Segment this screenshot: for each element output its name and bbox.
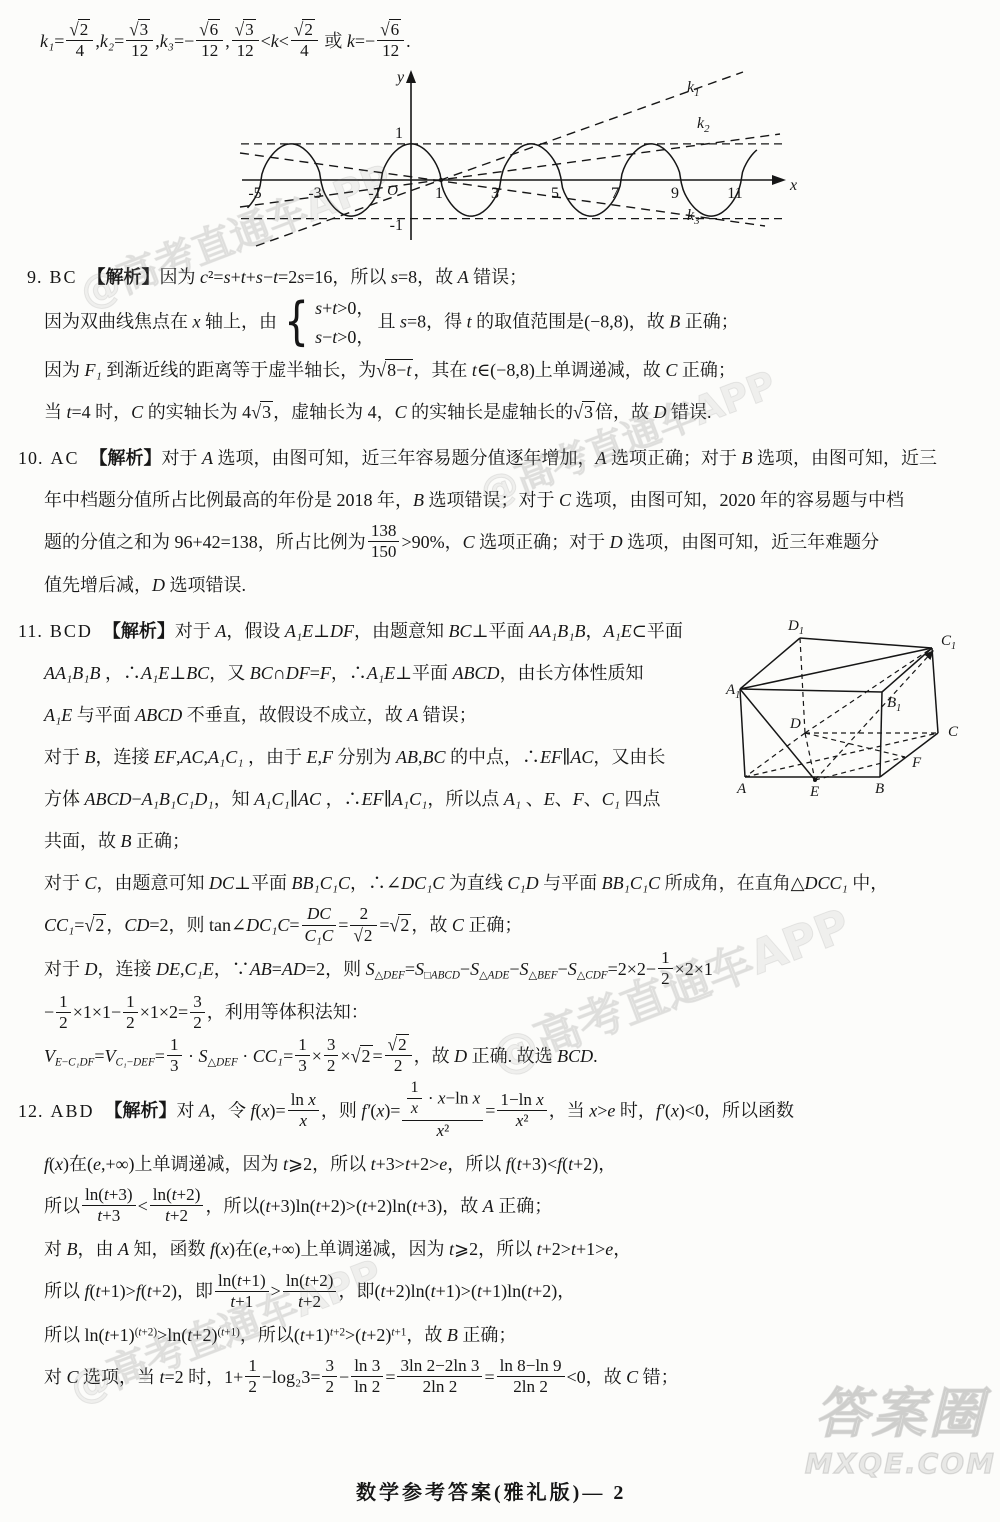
solution-line: 因为双曲线焦点在 x 轴上，由{s+t>0，s−t>0，且 s=8，得 t 的取… [44,298,972,349]
svg-text:k1: k1 [687,79,700,99]
solution-line: 对于 B，连接 EF,AC,A₁C₁ ，由于 E,F 分别为 AB,BC 的中点… [44,736,724,778]
solution-line: VE−C₁DF=VC₁−DEF=13 · S△DEF · CC₁=13×32×√… [44,1035,972,1079]
exam-answer-page: k₁=√24,k₂=√312,k₃=−√612,√312<k<√24 或 k=−… [0,0,1000,1522]
solution-line: 方体 ABCD−A₁B₁C₁D₁，知 A₁C₁∥AC ，∴EF∥A₁C₁，所以点… [44,778,724,820]
cuboid-svg: A1D1C1B1DCFAEB [724,612,972,808]
answer-item: 12.ABD【解析】对 A，令 f(x)=ln xx，则 f′(x)=1x · … [14,1082,972,1399]
solution-line: AA₁B₁B ，∴A₁E⊥BC，又 BC∩DF=F，∴A₁E⊥平面 ABCD，由… [44,652,724,694]
answer-letters: BCD [50,610,93,652]
page-footer: 数学参考答案(雅礼版)— 2 [356,1476,626,1505]
solution-line: 所以ln(t+3)t+3<ln(t+2)t+2，所以(t+3)ln(t+2)>(… [44,1185,972,1229]
solution-line: 因为 F₁ 到渐近线的距离等于虚半轴长，为√8−t，其在 t∈(−8,8)上单调… [44,349,972,391]
question-number: 9. [27,256,43,298]
svg-text:x: x [789,177,797,194]
solution-line: 对于 D，连接 DE,C₁E，∵AB=AD=2，则 S△DEF=S□ABCD−S… [44,948,972,992]
svg-text:A1: A1 [725,682,740,701]
svg-text:D1: D1 [787,618,804,637]
trig-graph-figure: xyO1-1-5-3-11357911k1k2k3 [238,68,803,248]
answer-letters: ABD [51,1090,95,1132]
answer-item: 10.AC【解析】对于 A 选项，由图可知，近三年容易题分值逐年增加，A 选项正… [14,437,972,607]
svg-text:k2: k2 [697,115,710,135]
svg-text:-3: -3 [308,185,321,202]
sine-graph-svg: xyO1-1-5-3-11357911k1k2k3 [238,68,803,248]
solution-line: 共面，故 B 正确； [44,820,724,862]
solution-line: 所以 f(t+1)>f(t+2)，即ln(t+1)t+1>ln(t+2)t+2，… [44,1270,972,1314]
svg-text:E: E [809,784,819,800]
svg-text:C1: C1 [941,633,956,652]
solution-line: 9.BC【解析】因为 c²=s+t+s−t=2s=16，所以 s=8，故 A 错… [44,256,972,298]
question-number: 10. [18,437,44,479]
cuboid-figure: A1D1C1B1DCFAEB [724,610,972,808]
answer-letters: BC [50,256,78,298]
slope-summary-formula: k₁=√24,k₂=√312,k₃=−√612,√312<k<√24 或 k=−… [14,20,972,64]
svg-text:C: C [948,724,959,740]
solution-line: 对 B，由 A 知，函数 f(x)在(e,+∞)上单调递减，因为 t⩾2，所以 … [44,1228,972,1270]
svg-text:11: 11 [727,185,742,202]
svg-text:y: y [395,69,405,86]
solution-line: 年中档题分值所占比例最高的年份是 2018 年，B 选项错误；对于 C 选项，由… [44,479,972,521]
solution-line: 所以 ln(t+1)(t+2)>ln(t+2)(t+1)，所以(t+1)t+2>… [44,1314,972,1356]
solution-line: −12×1×1−12×1×2=32，利用等体积法知： [44,991,972,1035]
solution-items: 9.BC【解析】因为 c²=s+t+s−t=2s=16，所以 s=8，故 A 错… [14,256,972,1400]
svg-text:D: D [789,716,801,732]
svg-text:F: F [911,755,922,771]
solution-line: f(x)在(e,+∞)上单调递减，因为 t⩾2，所以 t+3>t+2>e，所以 … [44,1143,972,1185]
svg-text:k3: k3 [687,207,700,227]
svg-text:1: 1 [395,124,403,141]
solution-line: CC₁=√2，CD=2，则 tan∠DC₁C=DCC₁C=2√2=√2，故 C … [44,904,972,948]
solution-line: 对于 C，由题意可知 DC⊥平面 BB₁C₁C，∴∠DC₁C 为直线 C₁D 与… [44,862,972,904]
answer-item: 11.BCD【解析】对于 A，假设 A₁E⊥DF，由题意知 BC⊥平面 AA₁B… [14,610,972,1078]
solution-line: A₁E 与平面 ABCD 不垂直，故假设不成立，故 A 错误； [44,694,724,736]
answer-letters: AC [51,437,80,479]
solution-line: 当 t=4 时，C 的实轴长为 4√3，虚轴长为 4，C 的实轴长是虚轴长的√3… [44,391,972,433]
solution-line: 对 C 选项，当 t=2 时，1+12−log₂3=32−ln 3ln 2=3l… [44,1356,972,1400]
solution-line: 值先增后减，D 选项错误. [44,564,972,606]
answer-item: 9.BC【解析】因为 c²=s+t+s−t=2s=16，所以 s=8，故 A 错… [14,256,972,433]
solution-line: 10.AC【解析】对于 A 选项，由图可知，近三年容易题分值逐年增加，A 选项正… [44,437,972,479]
solution-line: 12.ABD【解析】对 A，令 f(x)=ln xx，则 f′(x)=1x · … [44,1082,972,1143]
question-number: 12. [18,1090,44,1132]
solution-line: 题的分值之和为 96+42=138，所占比例为138150>90%，C 选项正确… [44,521,972,565]
svg-text:-1: -1 [390,217,403,234]
solution-line: 11.BCD【解析】对于 A，假设 A₁E⊥DF，由题意知 BC⊥平面 AA₁B… [44,610,724,652]
svg-text:B: B [875,781,884,797]
question-number: 11. [18,610,43,652]
svg-text:B1: B1 [887,695,901,714]
svg-text:9: 9 [671,185,679,202]
svg-text:5: 5 [551,185,559,202]
svg-text:A: A [736,781,747,797]
